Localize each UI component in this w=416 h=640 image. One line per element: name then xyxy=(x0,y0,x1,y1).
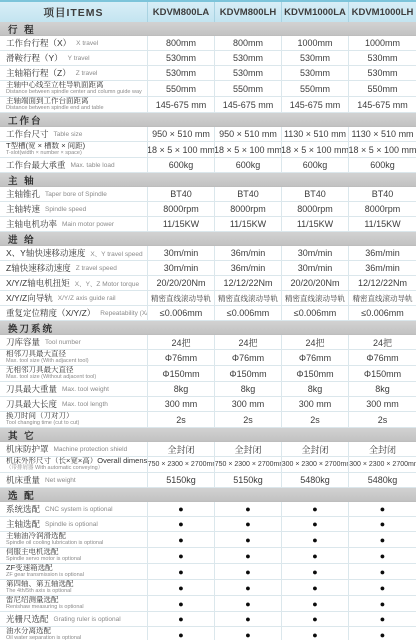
row-label-zh: 刀库容量 xyxy=(6,336,40,348)
row-label: 换刀时间（刀对刀）Tool changing time (cut to cut) xyxy=(0,412,148,427)
spec-value: 8kg xyxy=(148,382,215,396)
spec-value: 8kg xyxy=(282,382,349,396)
row-label: 相邻刀具最大直径Max. tool size (With adjacent to… xyxy=(0,350,148,365)
spec-value: 24把 xyxy=(148,335,215,349)
spec-value: ≤0.006mm xyxy=(282,306,349,320)
row-label: 机床外形尺寸（长×宽×高）Overall dimensions(L×W×H)（带… xyxy=(0,457,148,472)
row-label: 主轴锥孔Taper bore of Spindle xyxy=(0,187,148,201)
row-label: 主轴端面到工作台面距离Distance between spindle end … xyxy=(0,97,148,112)
spec-value: BT40 xyxy=(148,187,215,201)
spec-row: 机床防护罩Machine protection shield全封闭全封闭全封闭全… xyxy=(0,442,416,457)
row-label-zh: 伺服主电机选配 xyxy=(6,548,59,556)
row-label: 主轴中心线至立柱导轨面距离Distance between spindle ce… xyxy=(0,81,148,96)
option-dot: ● xyxy=(215,596,282,611)
spec-value: 145-675 mm xyxy=(148,97,215,112)
spec-value: 145-675 mm xyxy=(215,97,282,112)
spec-value: 11/15KW xyxy=(148,217,215,231)
row-label-en: Max. tool size (With adjacent tool) xyxy=(6,358,89,365)
row-label-en: Oil water separation is optional xyxy=(6,635,81,640)
spec-value: Φ76mm xyxy=(148,350,215,365)
spec-row: 主轴端面到工作台面距离Distance between spindle end … xyxy=(0,97,416,113)
option-dot: ● xyxy=(282,548,349,563)
spec-row: 主轴电机功率Main motor power11/15KW11/15KW11/1… xyxy=(0,217,416,232)
spec-value: 8kg xyxy=(215,382,282,396)
spec-value: 8000rpm xyxy=(148,202,215,216)
spec-row: 重复定位精度（X/Y/Z）Repeatability (X/Y/Z)≤0.006… xyxy=(0,306,416,321)
option-dot: ● xyxy=(215,548,282,563)
row-label-en: CNC system is optional xyxy=(45,506,113,513)
model-header-kdvm1000lh: KDVM1000LH xyxy=(349,2,416,22)
row-label-zh: 机床重量 xyxy=(6,474,40,486)
spec-value: 4300 × 2300 × 2700mm xyxy=(349,457,416,472)
spec-value: 3750 × 2300 × 2700mm xyxy=(215,457,282,472)
row-label-zh: 工作台行程（X） xyxy=(6,37,71,49)
spec-value: 精密直线滚动导轨 xyxy=(349,291,416,305)
items-header-label: 项目ITEMS xyxy=(0,2,148,22)
spec-value: 18 × 5 × 100 mm xyxy=(349,142,416,157)
spec-value: 145-675 mm xyxy=(349,97,416,112)
option-dot: ● xyxy=(148,502,215,516)
spec-value: 530mm xyxy=(215,51,282,65)
header-row: 项目ITEMS KDVM800LA KDVM800LH KDVM1000LA K… xyxy=(0,2,416,22)
spec-value: Φ150mm xyxy=(282,366,349,381)
row-label: 油水分离选配Oil water separation is optional xyxy=(0,627,148,640)
spec-value: 145-675 mm xyxy=(282,97,349,112)
row-label: 刀库容量Tool number xyxy=(0,335,148,349)
spec-value: 18 × 5 × 100 mm xyxy=(148,142,215,157)
row-label-zh: 相邻刀具最大直径 xyxy=(6,350,66,358)
spec-value: 300 mm xyxy=(215,397,282,411)
row-label-zh: 重复定位精度（X/Y/Z） xyxy=(6,307,95,319)
section-bar-2: 主 轴 xyxy=(0,173,416,187)
spec-value: 精密直线滚动导轨 xyxy=(215,291,282,305)
spec-value: 600kg xyxy=(349,158,416,172)
spec-row: 主轴中心线至立柱导轨面距离Distance between spindle ce… xyxy=(0,81,416,97)
row-label-zh: Z轴快速移动速度 xyxy=(6,262,71,274)
option-dot: ● xyxy=(349,517,416,531)
spec-value: Φ150mm xyxy=(215,366,282,381)
spec-value: 4300 × 2300 × 2700mm xyxy=(282,457,349,472)
spec-row: 主轴箱行程（Z）Z travel530mm530mm530mm530mm xyxy=(0,66,416,81)
row-label-zh: 光栅尺选配 xyxy=(6,613,49,625)
spec-value: 24把 xyxy=(349,335,416,349)
spec-value: 精密直线滚动导轨 xyxy=(282,291,349,305)
row-label: 刀具最大长度Max. tool length xyxy=(0,397,148,411)
spec-row: 主轴油冷润滑选配Spindle oil cooling lubrication … xyxy=(0,532,416,548)
option-dot: ● xyxy=(215,580,282,595)
option-dot: ● xyxy=(282,517,349,531)
spec-value: 1130 × 510 mm xyxy=(349,127,416,141)
spec-value: 36m/min xyxy=(349,261,416,275)
spec-value: 8000rpm xyxy=(349,202,416,216)
row-label-zh: 系统选配 xyxy=(6,503,40,515)
row-label-en: T-slot(width × number × space) xyxy=(6,150,82,157)
spec-value: Φ150mm xyxy=(148,366,215,381)
spec-value: 2s xyxy=(148,412,215,427)
row-label-en: Spindle is optional xyxy=(45,521,98,528)
row-label-zh: 雷尼绍测量选配 xyxy=(6,596,59,604)
row-label-en: Y travel xyxy=(68,55,90,62)
spec-value: 530mm xyxy=(282,51,349,65)
spec-value: 550mm xyxy=(282,81,349,96)
spec-value: 11/15KW xyxy=(282,217,349,231)
spec-row: 主轴转速Spindle speed8000rpm8000rpm8000rpm80… xyxy=(0,202,416,217)
spec-value: 11/15KW xyxy=(349,217,416,231)
option-dot: ● xyxy=(282,627,349,640)
spec-value: 800mm xyxy=(148,36,215,50)
spec-row: 机床外形尺寸（长×宽×高）Overall dimensions(L×W×H)（带… xyxy=(0,457,416,473)
row-label-en: Taper bore of Spindle xyxy=(45,191,107,198)
spec-value: 530mm xyxy=(148,66,215,80)
spec-row: 相邻刀具最大直径Max. tool size (With adjacent to… xyxy=(0,350,416,366)
spec-value: 530mm xyxy=(215,66,282,80)
row-label-zh: 主轴箱行程（Z） xyxy=(6,67,71,79)
option-dot: ● xyxy=(282,532,349,547)
row-label-en: Distance between spindle center and colu… xyxy=(6,89,142,96)
row-label-zh: 油水分离选配 xyxy=(6,627,51,635)
spec-value: 530mm xyxy=(349,66,416,80)
row-label-zh: 滑鞍行程（Y） xyxy=(6,52,63,64)
model-header-kdvm1000la: KDVM1000LA xyxy=(282,2,349,22)
spec-value: 30m/min xyxy=(148,246,215,260)
spec-value: 950 × 510 mm xyxy=(148,127,215,141)
row-label-en: The 4th/5th axis is optional xyxy=(6,588,71,595)
row-label: 光栅尺选配Grating ruler is optional xyxy=(0,612,148,626)
spec-value: 550mm xyxy=(215,81,282,96)
spec-value: ≤0.006mm xyxy=(349,306,416,320)
row-label-zh: 换刀时间（刀对刀） xyxy=(6,412,74,420)
spec-value: 全封闭 xyxy=(282,442,349,456)
row-label-en: X travel xyxy=(76,40,98,47)
row-label-en: Z travel speed xyxy=(76,265,117,272)
row-label: 雷尼绍测量选配Renishaw measuring is optional xyxy=(0,596,148,611)
row-label: 工作台行程（X）X travel xyxy=(0,36,148,50)
spec-value: 2s xyxy=(349,412,416,427)
row-label: X/Y/Z向导轨X/Y/Z axis guide rail xyxy=(0,291,148,305)
spec-value: 300 mm xyxy=(349,397,416,411)
spec-value: 24把 xyxy=(282,335,349,349)
option-dot: ● xyxy=(282,596,349,611)
spec-value: 精密直线滚动导轨 xyxy=(148,291,215,305)
spec-value: ≤0.006mm xyxy=(215,306,282,320)
spec-row: 伺服主电机选配Spindle servo motor is optional●●… xyxy=(0,548,416,564)
row-label-zh: X、Y轴快速移动速度 xyxy=(6,247,85,259)
spec-value: 20/20/20Nm xyxy=(282,276,349,290)
spec-value: BT40 xyxy=(282,187,349,201)
row-label: T型槽(宽 × 槽数 × 间距)T-slot(width × number × … xyxy=(0,142,148,157)
spec-row: 工作台行程（X）X travel800mm800mm1000mm1000mm xyxy=(0,36,416,51)
row-label-zh: 工作台尺寸 xyxy=(6,128,49,140)
spec-value: 30m/min xyxy=(282,261,349,275)
spec-value: 800mm xyxy=(215,36,282,50)
section-bar-4: 换刀系统 xyxy=(0,321,416,335)
model-header-kdvm800la: KDVM800LA xyxy=(148,2,215,22)
row-label: 滑鞍行程（Y）Y travel xyxy=(0,51,148,65)
spec-value: 1000mm xyxy=(282,36,349,50)
row-label: 机床重量Net weight xyxy=(0,473,148,487)
spec-value: 600kg xyxy=(282,158,349,172)
spec-row: ZF变速箱选配ZF gear transmission is optional●… xyxy=(0,564,416,580)
row-label-en: Distance between spindle end and table xyxy=(6,105,104,112)
spec-row: X、Y轴快速移动速度X、Y travel speed30m/min36m/min… xyxy=(0,246,416,261)
option-dot: ● xyxy=(148,532,215,547)
spec-value: Φ150mm xyxy=(349,366,416,381)
spec-value: 全封闭 xyxy=(349,442,416,456)
spec-value: 12/12/22Nm xyxy=(215,276,282,290)
row-label-en: Grating ruler is optional xyxy=(54,616,121,623)
row-label: 主轴油冷润滑选配Spindle oil cooling lubrication … xyxy=(0,532,148,547)
spec-value: 全封闭 xyxy=(148,442,215,456)
row-label: 主轴箱行程（Z）Z travel xyxy=(0,66,148,80)
spec-value: 36m/min xyxy=(215,246,282,260)
spec-value: 8000rpm xyxy=(215,202,282,216)
spec-value: 1130 × 510 mm xyxy=(282,127,349,141)
row-label-en: Max. tool length xyxy=(62,401,108,408)
option-dot: ● xyxy=(148,548,215,563)
spec-value: BT40 xyxy=(215,187,282,201)
row-label-en: X、Y、Z Motor torque xyxy=(75,279,139,288)
row-label: 主轴选配Spindle is optional xyxy=(0,517,148,531)
row-label-en: Tool changing time (cut to cut) xyxy=(6,420,79,427)
row-label: 重复定位精度（X/Y/Z）Repeatability (X/Y/Z) xyxy=(0,306,148,320)
row-label-en: Table size xyxy=(54,131,83,138)
spec-row: 刀库容量Tool number24把24把24把24把 xyxy=(0,335,416,350)
row-label-zh: 主轴锥孔 xyxy=(6,188,40,200)
option-dot: ● xyxy=(282,502,349,516)
row-label: X、Y轴快速移动速度X、Y travel speed xyxy=(0,246,148,260)
row-label-en: Main motor power xyxy=(62,221,114,228)
row-label-en: Net weight xyxy=(45,477,76,484)
spec-row: Z轴快速移动速度Z travel speed30m/min36m/min30m/… xyxy=(0,261,416,276)
row-label: 机床防护罩Machine protection shield xyxy=(0,442,148,456)
section-bar-1: 工作台 xyxy=(0,113,416,127)
spec-value: 530mm xyxy=(282,66,349,80)
row-label: Z轴快速移动速度Z travel speed xyxy=(0,261,148,275)
spec-value: 530mm xyxy=(349,51,416,65)
spec-value: Φ76mm xyxy=(215,350,282,365)
row-label-zh: 主轴端面到工作台面距离 xyxy=(6,97,89,105)
spec-row: X/Y/Z向导轨X/Y/Z axis guide rail精密直线滚动导轨精密直… xyxy=(0,291,416,306)
spec-value: 30m/min xyxy=(148,261,215,275)
spec-row: 刀具最大长度Max. tool length300 mm300 mm300 mm… xyxy=(0,397,416,412)
section-title: 换刀系统 xyxy=(8,321,54,335)
row-label-en: X、Y travel speed xyxy=(90,249,142,258)
row-label-en: X/Y/Z axis guide rail xyxy=(58,295,116,302)
spec-value: 5480kg xyxy=(282,473,349,487)
row-label-zh: 主轴转速 xyxy=(6,203,40,215)
spec-row: 滑鞍行程（Y）Y travel530mm530mm530mm530mm xyxy=(0,51,416,66)
section-title: 工作台 xyxy=(8,113,43,127)
spec-row: 机床重量Net weight5150kg5150kg5480kg5480kg xyxy=(0,473,416,488)
spec-row: 第四轴、第五轴选配The 4th/5th axis is optional●●●… xyxy=(0,580,416,596)
spec-value: 24把 xyxy=(215,335,282,349)
spec-row: 无相邻刀具最大直径Max. tool size (Without adjacen… xyxy=(0,366,416,382)
option-dot: ● xyxy=(148,564,215,579)
section-bar-5: 其 它 xyxy=(0,428,416,442)
section-bar-0: 行 程 xyxy=(0,22,416,36)
option-dot: ● xyxy=(349,627,416,640)
row-label-zh: ZF变速箱选配 xyxy=(6,564,53,572)
row-label: X/Y/Z轴电机扭矩X、Y、Z Motor torque xyxy=(0,276,148,290)
row-label: 工作台尺寸Table size xyxy=(0,127,148,141)
option-dot: ● xyxy=(215,627,282,640)
spec-row: 油水分离选配Oil water separation is optional●●… xyxy=(0,627,416,640)
spec-value: 18 × 5 × 100 mm xyxy=(282,142,349,157)
section-title: 进 给 xyxy=(8,232,36,246)
option-dot: ● xyxy=(215,564,282,579)
spec-row: 换刀时间（刀对刀）Tool changing time (cut to cut)… xyxy=(0,412,416,428)
machine-spec-sheet: 项目ITEMS KDVM800LA KDVM800LH KDVM1000LA K… xyxy=(0,0,416,640)
spec-row: 工作台尺寸Table size950 × 510 mm950 × 510 mm1… xyxy=(0,127,416,142)
spec-value: 550mm xyxy=(148,81,215,96)
row-label-zh: X/Y/Z向导轨 xyxy=(6,292,53,304)
spec-value: 300 mm xyxy=(148,397,215,411)
option-dot: ● xyxy=(282,564,349,579)
spec-value: 3750 × 2300 × 2700mm xyxy=(148,457,215,472)
option-dot: ● xyxy=(148,612,215,626)
row-label-en: Spindle speed xyxy=(45,206,86,213)
section-title: 行 程 xyxy=(8,22,36,36)
spec-value: 12/12/22Nm xyxy=(349,276,416,290)
row-label-zh: 主轴中心线至立柱导轨面距离 xyxy=(6,81,104,89)
section-title: 选 配 xyxy=(8,488,36,502)
spec-value: 36m/min xyxy=(349,246,416,260)
row-label: 伺服主电机选配Spindle servo motor is optional xyxy=(0,548,148,563)
spec-value: 600kg xyxy=(148,158,215,172)
spec-value: 600kg xyxy=(215,158,282,172)
spec-value: 1000mm xyxy=(349,36,416,50)
spec-value: 950 × 510 mm xyxy=(215,127,282,141)
spec-row: 雷尼绍测量选配Renishaw measuring is optional●●●… xyxy=(0,596,416,612)
model-header-kdvm800lh: KDVM800LH xyxy=(215,2,282,22)
spec-value: BT40 xyxy=(349,187,416,201)
row-label-en: Repeatability (X/Y/Z) xyxy=(100,310,148,317)
row-label-zh: 无相邻刀具最大直径 xyxy=(6,366,74,374)
spec-value: 5150kg xyxy=(148,473,215,487)
section-bar-6: 选 配 xyxy=(0,488,416,502)
row-label-zh: 工作台最大承重 xyxy=(6,159,66,171)
option-dot: ● xyxy=(349,596,416,611)
option-dot: ● xyxy=(148,517,215,531)
row-label-zh: 刀具最大重量 xyxy=(6,383,57,395)
row-label-en: ZF gear transmission is optional xyxy=(6,572,84,579)
spec-value: 550mm xyxy=(349,81,416,96)
spec-row: 主轴锥孔Taper bore of SpindleBT40BT40BT40BT4… xyxy=(0,187,416,202)
spec-value: 8kg xyxy=(349,382,416,396)
row-label: 无相邻刀具最大直径Max. tool size (Without adjacen… xyxy=(0,366,148,381)
spec-value: 18 × 5 × 100 mm xyxy=(215,142,282,157)
spec-value: Φ76mm xyxy=(282,350,349,365)
option-dot: ● xyxy=(215,502,282,516)
spec-value: 36m/min xyxy=(215,261,282,275)
spec-value: 11/15KW xyxy=(215,217,282,231)
spec-value: 全封闭 xyxy=(215,442,282,456)
spec-table-body: 行 程工作台行程（X）X travel800mm800mm1000mm1000m… xyxy=(0,22,416,640)
row-label-zh: 机床防护罩 xyxy=(6,443,49,455)
option-dot: ● xyxy=(148,580,215,595)
row-label-en: Z travel xyxy=(76,70,98,77)
row-label-zh: 刀具最大长度 xyxy=(6,398,57,410)
option-dot: ● xyxy=(349,548,416,563)
row-label-zh: 主轴电机功率 xyxy=(6,218,57,230)
row-label-en: （带排屑器 With automatic conveying） xyxy=(6,465,103,472)
row-label-en: Max. table load xyxy=(71,162,115,169)
row-label-en: Machine protection shield xyxy=(54,446,128,453)
row-label: 工作台最大承重Max. table load xyxy=(0,158,148,172)
spec-value: 530mm xyxy=(148,51,215,65)
spec-row: 系统选配CNC system is optional●●●● xyxy=(0,502,416,517)
row-label-en: Max. tool weight xyxy=(62,386,109,393)
section-bar-3: 进 给 xyxy=(0,232,416,246)
option-dot: ● xyxy=(215,532,282,547)
spec-value: Φ76mm xyxy=(349,350,416,365)
spec-value: 2s xyxy=(282,412,349,427)
option-dot: ● xyxy=(215,612,282,626)
spec-row: X/Y/Z轴电机扭矩X、Y、Z Motor torque20/20/20Nm12… xyxy=(0,276,416,291)
row-label: ZF变速箱选配ZF gear transmission is optional xyxy=(0,564,148,579)
option-dot: ● xyxy=(349,532,416,547)
spec-value: 30m/min xyxy=(282,246,349,260)
row-label-zh: 主轴油冷润滑选配 xyxy=(6,532,66,540)
row-label-en: Spindle servo motor is optional xyxy=(6,556,81,563)
spec-row: 主轴选配Spindle is optional●●●● xyxy=(0,517,416,532)
row-label-en: Max. tool size (Without adjacent tool) xyxy=(6,374,96,381)
section-title: 其 它 xyxy=(8,428,36,442)
spec-value: 2s xyxy=(215,412,282,427)
option-dot: ● xyxy=(349,612,416,626)
spec-value: 8000rpm xyxy=(282,202,349,216)
option-dot: ● xyxy=(349,564,416,579)
option-dot: ● xyxy=(148,627,215,640)
option-dot: ● xyxy=(282,580,349,595)
spec-row: 刀具最大重量Max. tool weight8kg8kg8kg8kg xyxy=(0,382,416,397)
row-label: 主轴转速Spindle speed xyxy=(0,202,148,216)
spec-value: 20/20/20Nm xyxy=(148,276,215,290)
option-dot: ● xyxy=(349,502,416,516)
option-dot: ● xyxy=(282,612,349,626)
option-dot: ● xyxy=(349,580,416,595)
row-label: 第四轴、第五轴选配The 4th/5th axis is optional xyxy=(0,580,148,595)
spec-row: 工作台最大承重Max. table load600kg600kg600kg600… xyxy=(0,158,416,173)
spec-value: 5480kg xyxy=(349,473,416,487)
spec-row: T型槽(宽 × 槽数 × 间距)T-slot(width × number × … xyxy=(0,142,416,158)
row-label-en: Tool number xyxy=(45,339,81,346)
spec-value: 5150kg xyxy=(215,473,282,487)
spec-row: 光栅尺选配Grating ruler is optional●●●● xyxy=(0,612,416,627)
row-label-en: Renishaw measuring is optional xyxy=(6,604,84,611)
row-label-en: Spindle oil cooling lubrication is optio… xyxy=(6,540,103,547)
section-title: 主 轴 xyxy=(8,173,36,187)
row-label: 刀具最大重量Max. tool weight xyxy=(0,382,148,396)
spec-value: ≤0.006mm xyxy=(148,306,215,320)
spec-value: 300 mm xyxy=(282,397,349,411)
row-label: 主轴电机功率Main motor power xyxy=(0,217,148,231)
row-label: 系统选配CNC system is optional xyxy=(0,502,148,516)
option-dot: ● xyxy=(215,517,282,531)
row-label-zh: 第四轴、第五轴选配 xyxy=(6,580,74,588)
row-label-zh: X/Y/Z轴电机扭矩 xyxy=(6,277,70,289)
row-label-zh: 主轴选配 xyxy=(6,518,40,530)
row-label-zh: T型槽(宽 × 槽数 × 间距) xyxy=(6,142,85,150)
option-dot: ● xyxy=(148,596,215,611)
